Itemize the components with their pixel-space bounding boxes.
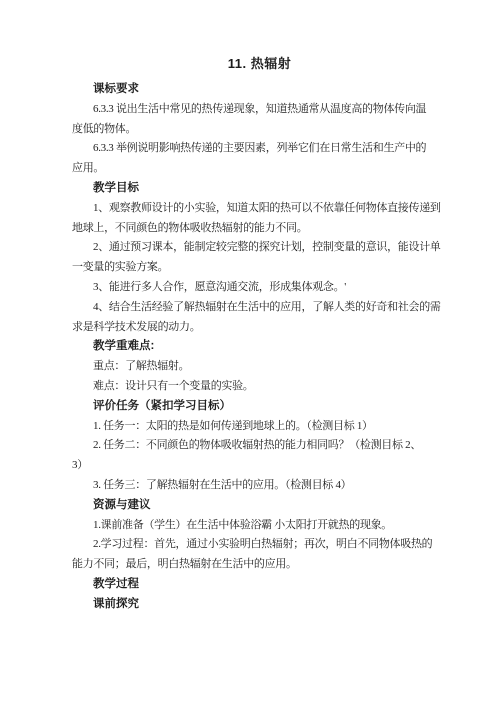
section-heading: 资源与建议 — [72, 496, 447, 516]
doc-title: 11. 热辐射 — [72, 54, 447, 74]
paragraph: 1.课前准备（学生）在生活中体验浴霸 小太阳打开就热的现象。 — [72, 516, 447, 536]
section-heading: 评价任务（紧扣学习目标） — [72, 397, 447, 417]
paragraph: 2、通过预习课本，能制定较完整的探究计划，控制变量的意识，能设计单 一变量的实验… — [72, 238, 447, 278]
paragraph: 2.学习过程：首先，通过小实验明白热辐射；再次，明白不同物体吸热的 能力不同；最… — [72, 535, 447, 575]
document-body: 11. 热辐射课标要求6.3.3 说出生活中常见的热传递现象，知道热通常从温度高… — [72, 54, 447, 615]
paragraph: 1. 任务一：太阳的热是如何传递到地球上的。（检测目标 1） — [72, 417, 447, 437]
section-heading: 教学目标 — [72, 179, 447, 199]
paragraph: 6.3.3 举例说明影响热传递的主要因素，列举它们在日常生活和生产中的 应用。 — [72, 139, 447, 179]
section-heading: 课前探究 — [72, 595, 447, 615]
paragraph: 4、结合生活经验了解热辐射在生活中的应用，了解人类的好奇和社会的需 求是科学技术… — [72, 298, 447, 338]
paragraph: 重点：了解热辐射。 — [72, 357, 447, 377]
paragraph: 2. 任务二：不同颜色的物体吸收辐射热的能力相同吗？（检测目标 2、 3） — [72, 436, 447, 476]
paragraph: 6.3.3 说出生活中常见的热传递现象，知道热通常从温度高的物体传向温 度低的物… — [72, 100, 447, 140]
document-page: 11. 热辐射课标要求6.3.3 说出生活中常见的热传递现象，知道热通常从温度高… — [0, 0, 500, 707]
paragraph: 3、能进行多人合作，愿意沟通交流，形成集体观念。' — [72, 278, 447, 298]
paragraph: 3. 任务三：了解热辐射在生活中的应用。（检测目标 4） — [72, 476, 447, 496]
section-heading: 教学重难点: — [72, 337, 447, 357]
paragraph: 1、观察教师设计的小实验，知道太阳的热可以不依靠任何物体直接传递到 地球上，不同… — [72, 199, 447, 239]
section-heading: 课标要求 — [72, 80, 447, 100]
section-heading: 教学过程 — [72, 575, 447, 595]
paragraph: 难点：设计只有一个变量的实验。 — [72, 377, 447, 397]
